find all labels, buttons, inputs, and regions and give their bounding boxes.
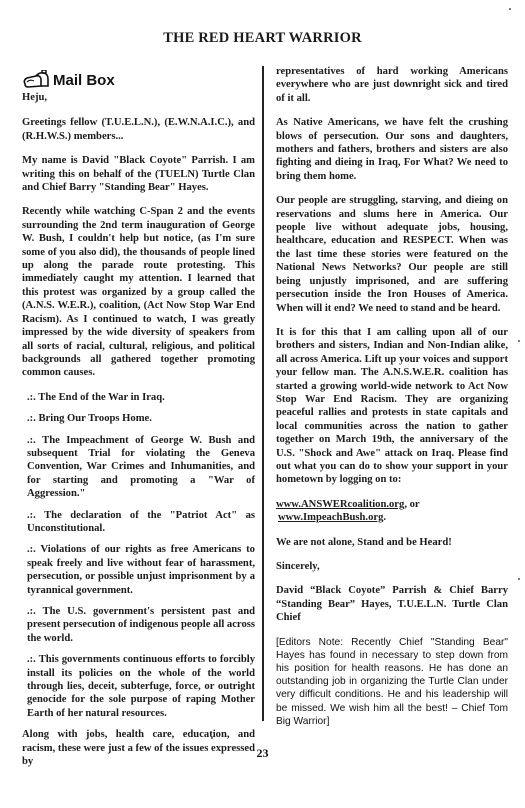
continued-paragraph: representatives of hard working American…	[276, 65, 508, 105]
body-paragraph: As Native Americans, we have felt the cr…	[276, 116, 508, 183]
bullet-item: .:. Violations of our rights as free Ame…	[27, 543, 255, 597]
bullet-marker: .:.	[27, 392, 36, 403]
bullet-marker: .:.	[27, 510, 36, 521]
sign-off: Sincerely,	[276, 560, 508, 573]
links-block: www.ANSWERcoalition.org, or www.ImpeachB…	[276, 498, 508, 525]
body-paragraph: Recently while watching C-Span 2 and the…	[22, 205, 255, 379]
impeach-bush-link[interactable]: www.ImpeachBush.org	[278, 512, 383, 523]
intro-paragraph: My name is David "Black Coyote" Parrish.…	[22, 154, 255, 194]
bullet-marker: .:.	[27, 606, 36, 617]
bullet-marker: .:.	[27, 544, 36, 555]
scan-speck	[518, 578, 520, 580]
page-number: 23	[0, 746, 525, 761]
bullet-marker: .:.	[27, 413, 36, 424]
bullet-item: .:. This governments continuous efforts …	[27, 653, 255, 720]
call-to-action-paragraph: It is for this that I am calling upon al…	[276, 326, 508, 487]
left-column: Mail Box Heju, Greetings fellow (T.U.E.L…	[22, 68, 255, 779]
bullet-item: .:. The End of the War in Iraq.	[27, 391, 255, 404]
body-paragraph: Our people are struggling, starving, and…	[276, 194, 508, 315]
bullet-item: .:. Bring Our Troops Home.	[27, 412, 255, 425]
answer-coalition-link[interactable]: www.ANSWERcoalition.org	[276, 499, 404, 510]
page-title: THE RED HEART WARRIOR	[0, 30, 525, 47]
scan-speck	[518, 340, 520, 342]
mailbox-header: Mail Box	[22, 68, 255, 90]
scan-speck	[509, 8, 511, 10]
bullet-marker: .:.	[27, 435, 36, 446]
bullet-item: .:. The Impeachment of George W. Bush an…	[27, 434, 255, 501]
column-divider	[262, 66, 264, 721]
greeting-paragraph: Greetings fellow (T.U.E.L.N.), (E.W.N.A.…	[22, 116, 255, 143]
right-column: representatives of hard working American…	[276, 65, 508, 739]
bullet-item: .:. The U.S. government's persistent pas…	[27, 605, 255, 645]
rally-line: We are not alone, Stand and be Heard!	[276, 536, 508, 549]
mailbox-heading: Mail Box	[53, 72, 115, 90]
signature: David “Black Coyote” Parrish & Chief Bar…	[276, 584, 508, 624]
mailbox-icon	[22, 70, 52, 90]
bullet-marker: .:.	[27, 654, 36, 665]
bullet-item: .:. The declaration of the "Patriot Act"…	[27, 509, 255, 536]
salutation: Heju,	[22, 91, 255, 104]
editor-note: [Editors Note: Recently Chief "Standing …	[276, 636, 508, 728]
scan-speck	[211, 737, 213, 739]
